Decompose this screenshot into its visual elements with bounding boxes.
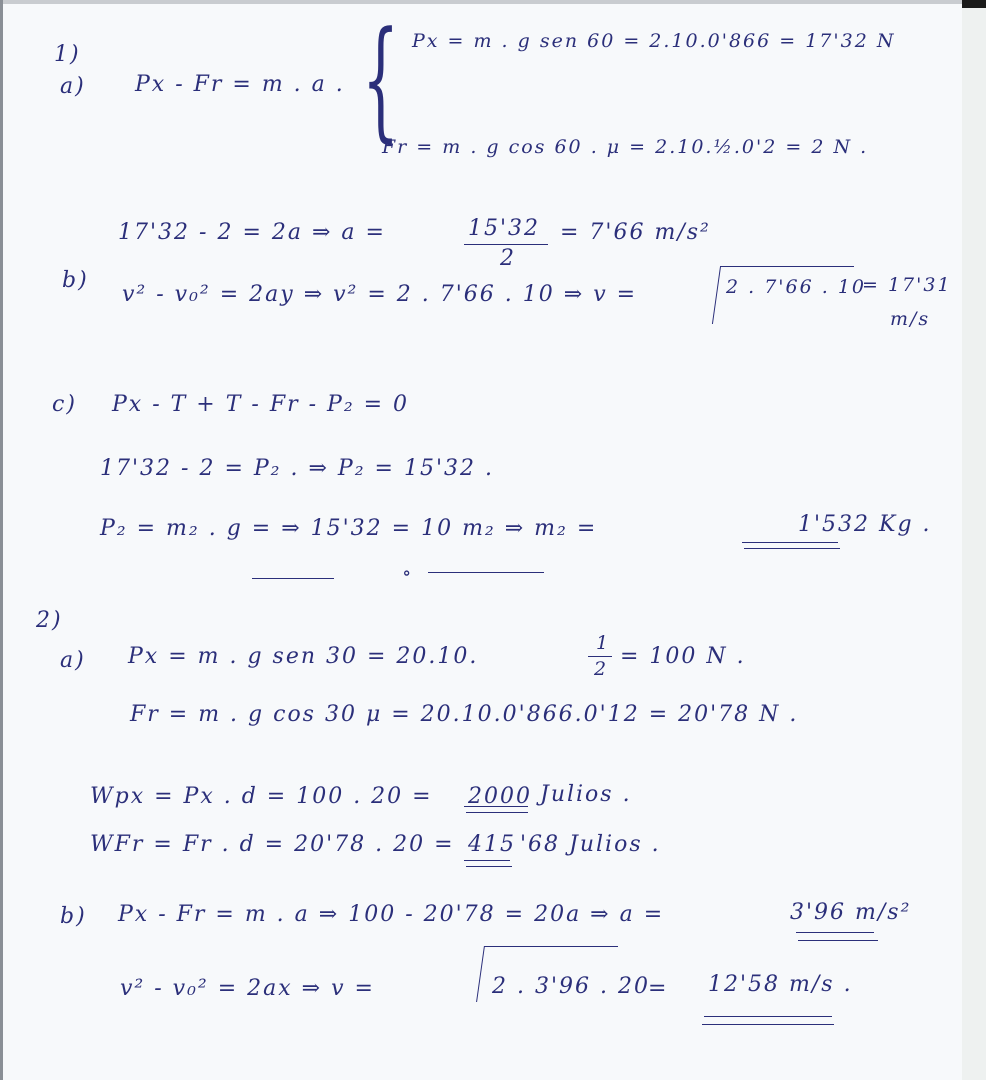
px-fraction-denominator: 2	[594, 660, 608, 679]
result-underline-1	[742, 542, 838, 543]
work-fr-tail: '68 Julios .	[520, 834, 661, 856]
work-px-underline-2	[466, 812, 528, 813]
problem-1a-solve-line: 17'32 - 2 = 2a ⇒ a =	[118, 222, 386, 244]
section-divider-right	[428, 572, 544, 573]
problem-1c-label: c)	[52, 394, 77, 416]
problem-2a-fr-line: Fr = m . g cos 30 μ = 20.10.0'866.0'12 =…	[130, 704, 798, 726]
problem-2b-sqrt-content: 2 . 3'96 . 20	[492, 976, 650, 998]
problem-2b-line1: Px - Fr = m . a ⇒ 100 - 20'78 = 20a ⇒ a …	[118, 904, 664, 926]
system-brace: {	[362, 14, 399, 144]
problem-2a-px-line: Px = m . g sen 30 = 20.10.	[128, 646, 478, 668]
problem-2-number: 2)	[36, 610, 63, 632]
problem-2a-work-fr: WFr = Fr . d = 20'78 . 20 =	[90, 834, 455, 856]
section-divider-dot: ∘	[402, 564, 413, 583]
sqrt-bar	[720, 266, 854, 267]
scan-top-edge	[0, 0, 986, 4]
sqrt-bar-2	[484, 946, 618, 947]
fraction-denominator: 2	[500, 248, 516, 270]
problem-2a-label: a)	[60, 650, 86, 672]
accel-underline-1	[796, 932, 874, 933]
acceleration-result: 3'96 m/s²	[790, 902, 911, 924]
velocity-underline-2	[702, 1024, 834, 1025]
problem-1-number: 1)	[54, 44, 81, 66]
work-fr-result: 415	[468, 834, 516, 856]
problem-2b-line2: v² - v₀² = 2ax ⇒ v =	[120, 978, 375, 1000]
sqrt-sign-2	[476, 946, 485, 1002]
fraction-bar	[464, 244, 548, 245]
problem-1b-result: = 17'31	[862, 276, 952, 295]
problem-1a-px-line: Px = m . g sen 60 = 2.10.0'866 = 17'32 N	[412, 32, 895, 51]
problem-1c-result: 1'532 Kg .	[798, 514, 932, 536]
section-divider-left	[252, 578, 334, 579]
problem-2a-work-px: Wpx = Px . d = 100 . 20 =	[90, 786, 433, 808]
problem-2a-px-result: = 100 N .	[620, 646, 746, 668]
scan-corner-shadow	[962, 0, 986, 8]
problem-2b-label: b)	[60, 906, 87, 928]
velocity-underline-1	[704, 1016, 832, 1017]
problem-1a-label: a)	[60, 76, 86, 98]
work-px-unit: Julios .	[540, 784, 632, 806]
work-fr-underline-1	[464, 860, 510, 861]
px-fraction-bar	[588, 656, 612, 657]
problem-1b-label: b)	[62, 270, 89, 292]
work-px-result: 2000	[468, 786, 532, 808]
result-underline-2	[744, 548, 840, 549]
scan-right-strip	[962, 8, 986, 1080]
problem-1c-line2: 17'32 - 2 = P₂ . ⇒ P₂ = 15'32 .	[100, 458, 494, 480]
sqrt-sign	[712, 266, 721, 324]
problem-1a-result: = 7'66 m/s²	[560, 222, 711, 244]
work-px-underline-1	[464, 806, 528, 807]
velocity-result: 12'58 m/s .	[708, 974, 853, 996]
fraction-numerator: 15'32	[468, 218, 540, 240]
problem-1a-fr-line: Fr = m . g cos 60 . μ = 2.10.½.0'2 = 2 N…	[382, 138, 868, 157]
work-fr-underline-2	[466, 866, 512, 867]
equals-sign: =	[648, 978, 668, 1000]
px-fraction-numerator: 1	[596, 634, 610, 653]
problem-1c-line3: P₂ = m₂ . g = ⇒ 15'32 = 10 m₂ ⇒ m₂ =	[100, 518, 597, 540]
problem-1a-equation: Px - Fr = m . a .	[135, 74, 345, 96]
accel-underline-2	[798, 940, 878, 941]
problem-1b-line: v² - v₀² = 2ay ⇒ v² = 2 . 7'66 . 10 ⇒ v …	[122, 284, 637, 306]
problem-1c-equation: Px - T + T - Fr - P₂ = 0	[112, 394, 409, 416]
problem-1b-unit: m/s	[890, 310, 930, 329]
scan-left-edge	[0, 0, 3, 1080]
problem-1b-sqrt-content: 2 . 7'66 . 10	[726, 278, 866, 297]
